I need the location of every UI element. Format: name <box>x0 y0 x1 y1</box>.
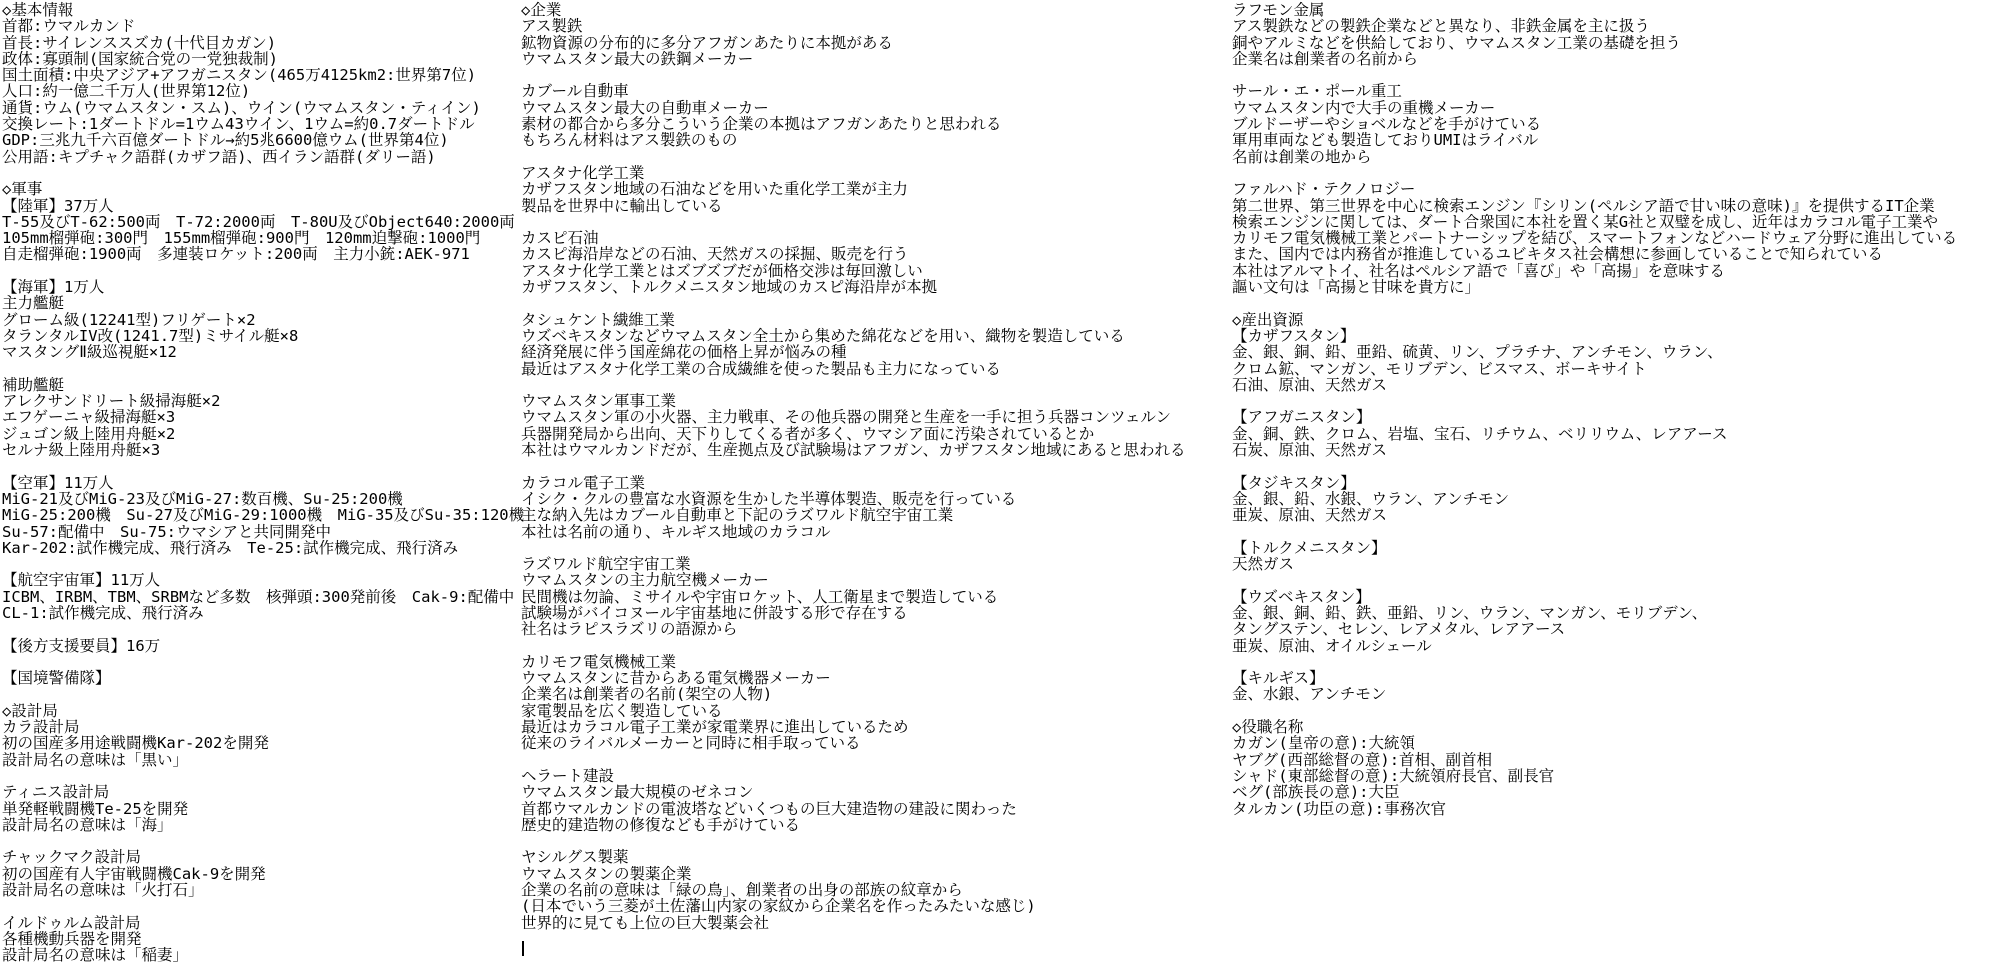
text-caret <box>522 941 524 956</box>
document-canvas: ◇基本情報 首都:ウマルカンド 首長:サイレンススズカ(十代目カガン) 政体:寡… <box>0 0 2000 965</box>
text-column-left[interactable]: ◇基本情報 首都:ウマルカンド 首長:サイレンススズカ(十代目カガン) 政体:寡… <box>2 2 524 964</box>
text-column-middle[interactable]: ◇企業 アス製鉄 鉱物資源の分布的に多分アフガンあたりに本拠がある ウマムスタン… <box>521 2 1186 947</box>
text-column-right[interactable]: ラフモン金属 アス製鉄などの製鉄企業などと異なり、非鉄金属を主に扱う 銅やアルミ… <box>1232 2 1957 817</box>
